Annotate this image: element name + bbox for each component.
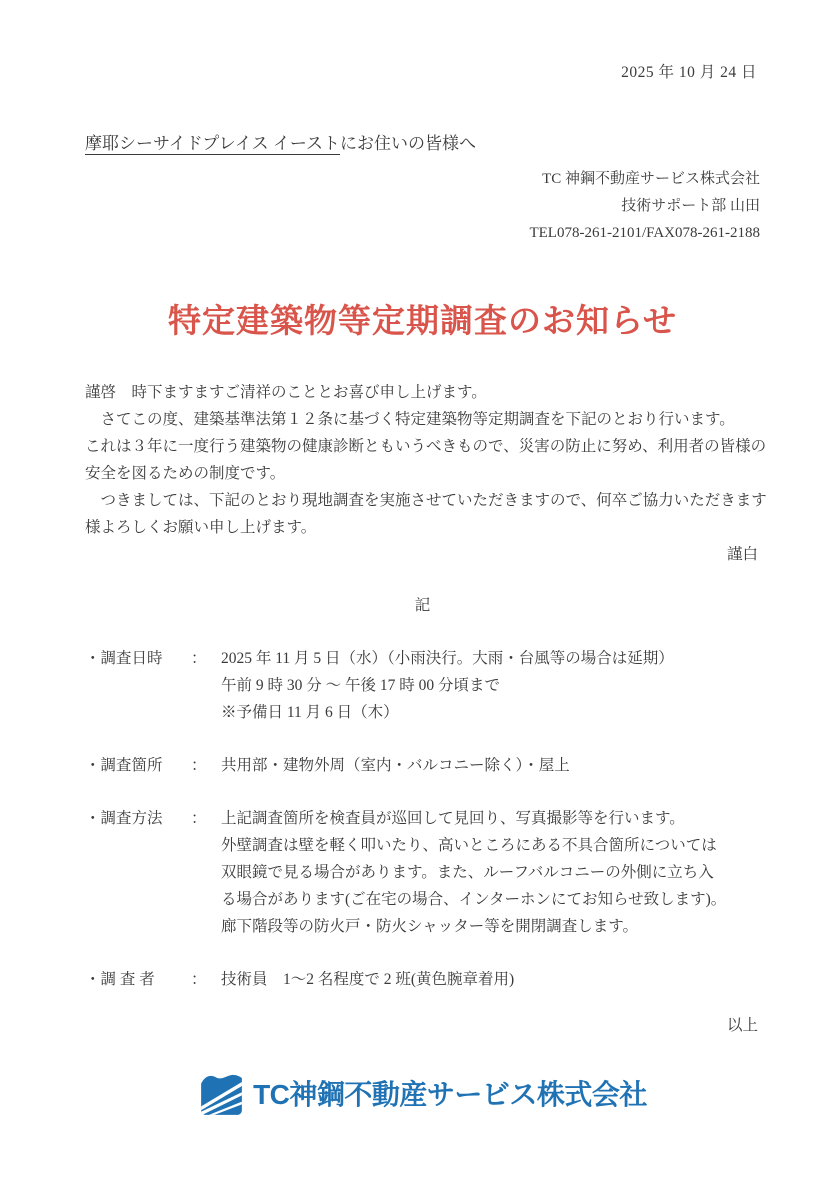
content-line: 2025 年 11 月 5 日（水）（小雨決行。大雨・台風等の場合は延期） xyxy=(221,645,760,672)
item-label: ・調査箇所 xyxy=(85,752,191,779)
item-content: 技術員 1～2 名程度で 2 班(黄色腕章着用) xyxy=(221,966,760,993)
item-content: 上記調査箇所を検査員が巡回して見回り、写真撮影等を行います。 外壁調査は壁を軽く… xyxy=(221,805,760,940)
body-line: つきましては、下記のとおり現地調査を実施させていただきますので、何卒ご協力いただ… xyxy=(85,487,760,514)
body-line: 安全を図るための制度です。 xyxy=(85,460,760,487)
inspection-item-date: ・調査日時 ： 2025 年 11 月 5 日（水）（小雨決行。大雨・台風等の場… xyxy=(85,645,760,726)
item-content: 共用部・建物外周（室内・バルコニー除く）・屋上 xyxy=(221,752,760,779)
item-label: ・調査日時 xyxy=(85,645,191,726)
content-line: 技術員 1～2 名程度で 2 班(黄色腕章着用) xyxy=(221,966,760,993)
body-line: 謹啓 時下ますますご清祥のこととお喜び申し上げます。 xyxy=(85,379,760,406)
recipient-suffix: にお住いの皆様へ xyxy=(340,134,476,153)
company-logo: TC神鋼不動産サービス株式会社 xyxy=(85,1071,760,1115)
body-paragraph: 謹啓 時下ますますご清祥のこととお喜び申し上げます。 さてこの度、建築基準法第１… xyxy=(85,379,760,541)
content-line: 午前 9 時 30 分 ～ 午後 17 時 00 分頃まで xyxy=(221,672,760,699)
inspection-items: ・調査日時 ： 2025 年 11 月 5 日（水）（小雨決行。大雨・台風等の場… xyxy=(85,645,760,993)
inspection-item-method: ・調査方法 ： 上記調査箇所を検査員が巡回して見回り、写真撮影等を行います。 外… xyxy=(85,805,760,940)
item-content: 2025 年 11 月 5 日（水）（小雨決行。大雨・台風等の場合は延期） 午前… xyxy=(221,645,760,726)
item-colon: ： xyxy=(191,805,221,940)
item-colon: ： xyxy=(191,966,221,993)
recipient-building-name: 摩耶シーサイドプレイス イースト xyxy=(85,134,340,153)
end-marker: 以上 xyxy=(85,1012,760,1039)
closing-word: 謹白 xyxy=(85,541,760,568)
wave-flag-icon xyxy=(198,1071,245,1115)
notice-document-page: 2025 年 10 月 24 日 摩耶シーサイドプレイス イーストにお住いの皆様… xyxy=(0,0,840,1187)
item-colon: ： xyxy=(191,645,221,726)
recipient-line: 摩耶シーサイドプレイス イーストにお住いの皆様へ xyxy=(85,129,760,154)
content-line: 廊下階段等の防火戸・防火シャッター等を開閉調査します。 xyxy=(221,913,760,940)
inspection-item-inspectors: ・調 査 者 ： 技術員 1～2 名程度で 2 班(黄色腕章着用) xyxy=(85,966,760,993)
sender-tel-fax: TEL078-261-2101/FAX078-261-2188 xyxy=(85,220,760,247)
content-line: 上記調査箇所を検査員が巡回して見回り、写真撮影等を行います。 xyxy=(221,805,760,832)
item-label: ・調 査 者 xyxy=(85,966,191,993)
body-line: これは３年に一度行う建築物の健康診断ともいうべきもので、災害の防止に努め、利用者… xyxy=(85,433,760,460)
content-line: 共用部・建物外周（室内・バルコニー除く）・屋上 xyxy=(221,752,760,779)
date-line: 2025 年 10 月 24 日 xyxy=(85,60,760,82)
content-line: 双眼鏡で見る場合があります。また、ルーフバルコニーの外側に立ち入 xyxy=(221,859,760,886)
inspection-item-locations: ・調査箇所 ： 共用部・建物外周（室内・バルコニー除く）・屋上 xyxy=(85,752,760,779)
notice-title: 特定建築物等定期調査のお知らせ xyxy=(85,295,760,342)
content-line: る場合があります(ご在宅の場合、インターホンにてお知らせ致します)。 xyxy=(221,886,760,913)
sender-department: 技術サポート部 山田 xyxy=(85,193,760,220)
content-line: ※予備日 11 月 6 日（木） xyxy=(221,699,760,726)
record-marker: 記 xyxy=(85,592,760,619)
company-logo-text: TC神鋼不動産サービス株式会社 xyxy=(253,1073,647,1113)
content-line: 外壁調査は壁を軽く叩いたり、高いところにある不具合箇所については xyxy=(221,832,760,859)
sender-block: TC 神鋼不動産サービス株式会社 技術サポート部 山田 TEL078-261-2… xyxy=(85,166,760,247)
body-line: さてこの度、建築基準法第１２条に基づく特定建築物等定期調査を下記のとおり行います… xyxy=(85,406,760,433)
body-line: 様よろしくお願い申し上げます。 xyxy=(85,514,760,541)
item-label: ・調査方法 xyxy=(85,805,191,940)
item-colon: ： xyxy=(191,752,221,779)
sender-company: TC 神鋼不動産サービス株式会社 xyxy=(85,166,760,193)
